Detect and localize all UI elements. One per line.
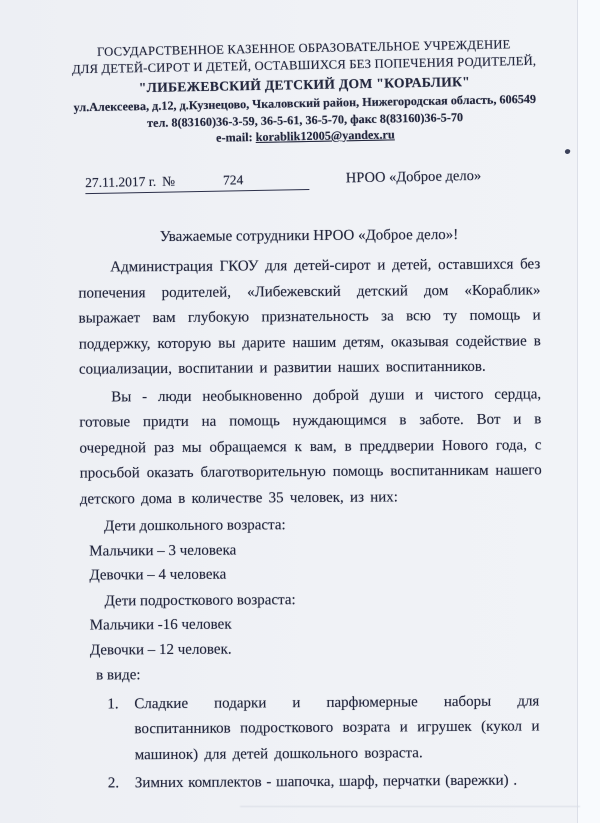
email-link[interactable]: korablik12005@yandex.ru: [256, 127, 395, 144]
preschool-header: Дети дошкольного возраста:: [80, 512, 542, 538]
paragraph-gratitude: Администрация ГКОУ для детей-сирот и дет…: [78, 252, 541, 383]
ref-gap: [243, 183, 305, 184]
item-number: 1.: [81, 691, 135, 768]
item-number: 2.: [82, 771, 135, 797]
letter-body: Уважаемые сотрудники НРОО «Доброе дело»!…: [78, 226, 544, 797]
item-text-gifts: Сладкие подарки и парфюмерные наборы для…: [134, 688, 544, 767]
letterhead: ГОСУДАРСТВЕННОЕ КАЗЕННОЕ ОБРАЗОВАТЕЛЬНОЕ…: [69, 36, 541, 149]
teen-boys-count: Мальчики -16 человек: [81, 611, 543, 637]
doc-date: 27.11.2017 г.: [85, 173, 156, 189]
children-breakdown: Дети дошкольного возраста: Мальчики – 3 …: [80, 512, 543, 687]
number-sign: №: [162, 173, 175, 188]
requested-items-list: 1. Сладкие подарки и парфюмерные наборы …: [81, 688, 544, 796]
teen-header: Дети подросткового возраста:: [81, 586, 543, 612]
teen-girls-count: Девочки – 12 человек.: [81, 635, 543, 661]
recipient-name: НРОО «Доброе дело»: [346, 167, 524, 187]
salutation: Уважаемые сотрудники НРОО «Доброе дело»!: [78, 226, 540, 246]
in-form-of-label: в виде:: [81, 661, 543, 687]
item-text-winter-sets: Зимних комплектов - шапочка, шарф, перча…: [135, 768, 544, 796]
list-item: 2. Зимних комплектов - шапочка, шарф, пе…: [82, 768, 544, 797]
reference-row: 27.11.2017 г.№724 НРОО «Доброе дело»: [85, 167, 523, 194]
scan-bottom-shadow: [240, 806, 580, 807]
preschool-boys-count: Мальчики – 3 человека: [80, 536, 542, 562]
paragraph-request: Вы - люди необыкновенно доброй души и чи…: [79, 381, 542, 512]
ref-gap: [175, 184, 223, 185]
scanned-letter-page: ГОСУДАРСТВЕННОЕ КАЗЕННОЕ ОБРАЗОВАТЕЛЬНОЕ…: [0, 0, 600, 823]
doc-date-and-number: 27.11.2017 г.№724: [85, 171, 309, 194]
email-label: e-mail:: [216, 130, 253, 145]
list-item: 1. Сладкие подарки и парфюмерные наборы …: [81, 688, 544, 768]
preschool-girls-count: Девочки – 4 человека: [80, 561, 542, 587]
doc-number: 724: [223, 172, 244, 187]
letter-content: ГОСУДАРСТВЕННОЕ КАЗЕННОЕ ОБРАЗОВАТЕЛЬНОЕ…: [0, 0, 600, 795]
